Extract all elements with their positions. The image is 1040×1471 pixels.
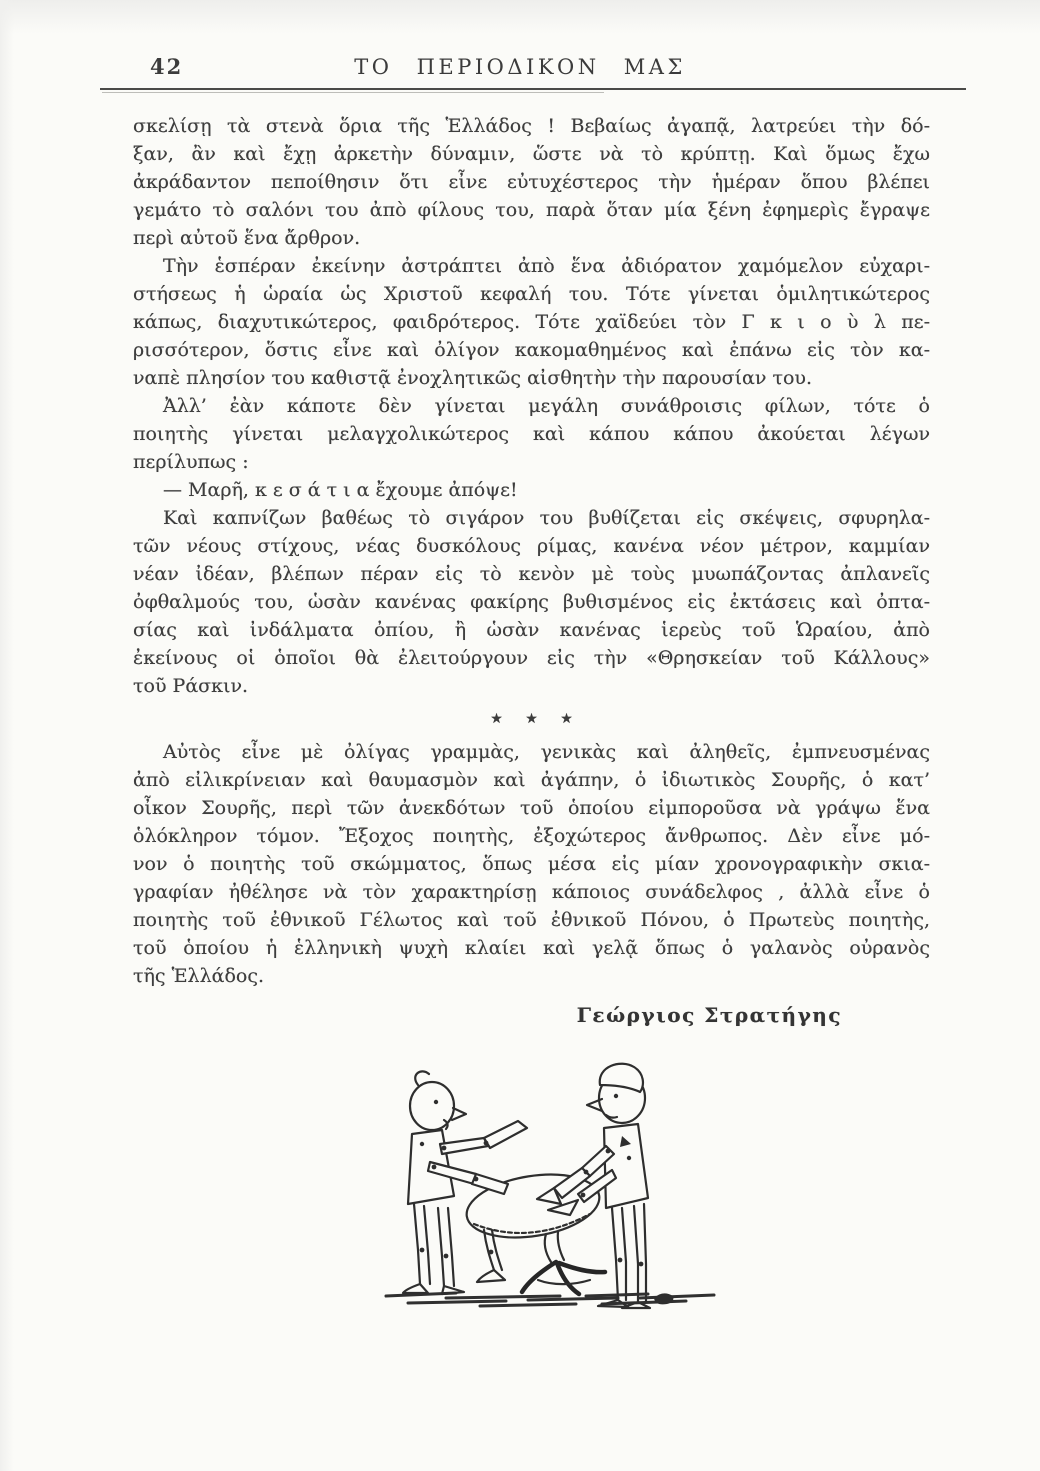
text-line: νον ὁ ποιητὴς τοῦ σκώμματος, ὅπως μέσα ε… xyxy=(133,850,930,878)
text-line: στήσεως ἡ ὡραία ὡς Χριστοῦ κεφαλή του. Τ… xyxy=(133,280,930,308)
text-line: ἐκείνους οἱ ὁποῖοι θὰ ἐλειτούργουν εἰς τ… xyxy=(133,644,930,672)
text-line: ἀπὸ εἰλικρίνειαν καὶ θαυμασμὸν καὶ ἀγάπη… xyxy=(133,766,930,794)
text-line: ξαν, ἂν καὶ ἔχῃ ἀρκετὴν δύναμιν, ὥστε νὰ… xyxy=(133,140,930,168)
text-line: ναπὲ πλησίον του καθιστᾷ ἐνοχλητικῶς αἰσ… xyxy=(133,364,930,392)
paragraph: Καὶ καπνίζων βαθέως τὸ σιγάρον του βυθίζ… xyxy=(133,504,930,700)
scanned-journal-page: 42 ΤΟ ΠΕΡΙΟΔΙΚΟΝ ΜΑΣ σκελίσῃ τὰ στενὰ ὅρ… xyxy=(0,0,1040,1471)
text-line: Ἀλλ’ ἐὰν κάποτε δὲν γίνεται μεγάλη συνάθ… xyxy=(133,392,930,420)
text-line: Αὐτὸς εἶνε μὲ ὀλίγας γραμμὰς, γενικὰς κα… xyxy=(133,738,930,766)
text-line: περίλυπως : xyxy=(133,448,930,476)
text-line: ὁλόκληρον τόμον. Ἔξοχος ποιητὴς, ἐξοχώτε… xyxy=(133,822,930,850)
scan-edge-shadow-top xyxy=(0,0,1040,34)
stars-separator: ★ ★ ★ xyxy=(133,700,930,738)
journal-title: ΤΟ ΠΕΡΙΟΔΙΚΟΝ ΜΑΣ xyxy=(0,55,1040,79)
puppet-figures-illustration xyxy=(378,1058,722,1322)
text-line: γραφίαν ἠθέλησε νὰ τὸν χαρακτηρίσῃ κάποι… xyxy=(133,878,930,906)
body-paragraphs: σκελίσῃ τὰ στενὰ ὅρια τῆς Ἑλλάδος ! Βεβα… xyxy=(133,112,930,990)
author-signature: Γεώργιος Στρατήγης xyxy=(133,1001,930,1029)
paragraph: Τὴν ἑσπέραν ἐκείνην ἀστράπτει ἀπὸ ἕνα ἀδ… xyxy=(133,252,930,392)
paragraph: σκελίσῃ τὰ στενὰ ὅρια τῆς Ἑλλάδος ! Βεβα… xyxy=(133,112,930,252)
text-line: νέαν ἰδέαν, βλέπων πέραν εἰς τὸ κενὸν μὲ… xyxy=(133,560,930,588)
text-line: τῆς Ἑλλάδος. xyxy=(133,962,930,990)
text-line: περὶ αὐτοῦ ἕνα ἄρθρον. xyxy=(133,224,930,252)
text-line: τοῦ ὁποίου ἡ ἑλληνικὴ ψυχὴ κλαίει καὶ γε… xyxy=(133,934,930,962)
dialogue-line: — Μαρῆ, κ ε σ ά τ ι α ἔχουμε ἀπόψε! xyxy=(133,476,930,504)
text-line: ποιητὴς γίνεται μελαγχολικώτερος καὶ κάπ… xyxy=(133,420,930,448)
text-line: Καὶ καπνίζων βαθέως τὸ σιγάρον του βυθίζ… xyxy=(133,504,930,532)
article-text-block: σκελίσῃ τὰ στενὰ ὅρια τῆς Ἑλλάδος ! Βεβα… xyxy=(133,112,930,1029)
text-line: γεμάτο τὸ σαλόνι του ἀπὸ φίλους του, παρ… xyxy=(133,196,930,224)
paragraph: Ἀλλ’ ἐὰν κάποτε δὲν γίνεται μεγάλη συνάθ… xyxy=(133,392,930,476)
text-line: οἶκον Σουρῆς, περὶ τῶν ἀνεκδότων τοῦ ὁπο… xyxy=(133,794,930,822)
text-line: ἀκράδαντον πεποίθησιν ὅτι εἶνε εὐτυχέστε… xyxy=(133,168,930,196)
text-line: σίας καὶ ἰνδάλματα ὀπίου, ἢ ὡσὰν κανένας… xyxy=(133,616,930,644)
header-rule xyxy=(100,88,966,90)
text-line: σκελίσῃ τὰ στενὰ ὅρια τῆς Ἑλλάδος ! Βεβα… xyxy=(133,112,930,140)
scan-edge-shadow-left xyxy=(0,0,14,1471)
text-line: τοῦ Ράσκιν. xyxy=(133,672,930,700)
text-line: ὀφθαλμούς του, ὡσὰν κανένας φακίρης βυθι… xyxy=(133,588,930,616)
text-line: — Μαρῆ, κ ε σ ά τ ι α ἔχουμε ἀπόψε! xyxy=(133,476,930,504)
paragraph: Αὐτὸς εἶνε μὲ ὀλίγας γραμμὰς, γενικὰς κα… xyxy=(133,738,930,990)
text-line: ρισσότερον, ὅστις εἶνε καὶ ὀλίγον κακομα… xyxy=(133,336,930,364)
text-line: ποιητὴς τοῦ ἐθνικοῦ Γέλωτος καὶ τοῦ ἐθνι… xyxy=(133,906,930,934)
text-line: τῶν νέους στίχους, νέας δυσκόλους ρίμας,… xyxy=(133,532,930,560)
text-line: Τὴν ἑσπέραν ἐκείνην ἀστράπτει ἀπὸ ἕνα ἀδ… xyxy=(133,252,930,280)
text-line: κάπως, διαχυτικώτερος, φαιδρότερος. Τότε… xyxy=(133,308,930,336)
